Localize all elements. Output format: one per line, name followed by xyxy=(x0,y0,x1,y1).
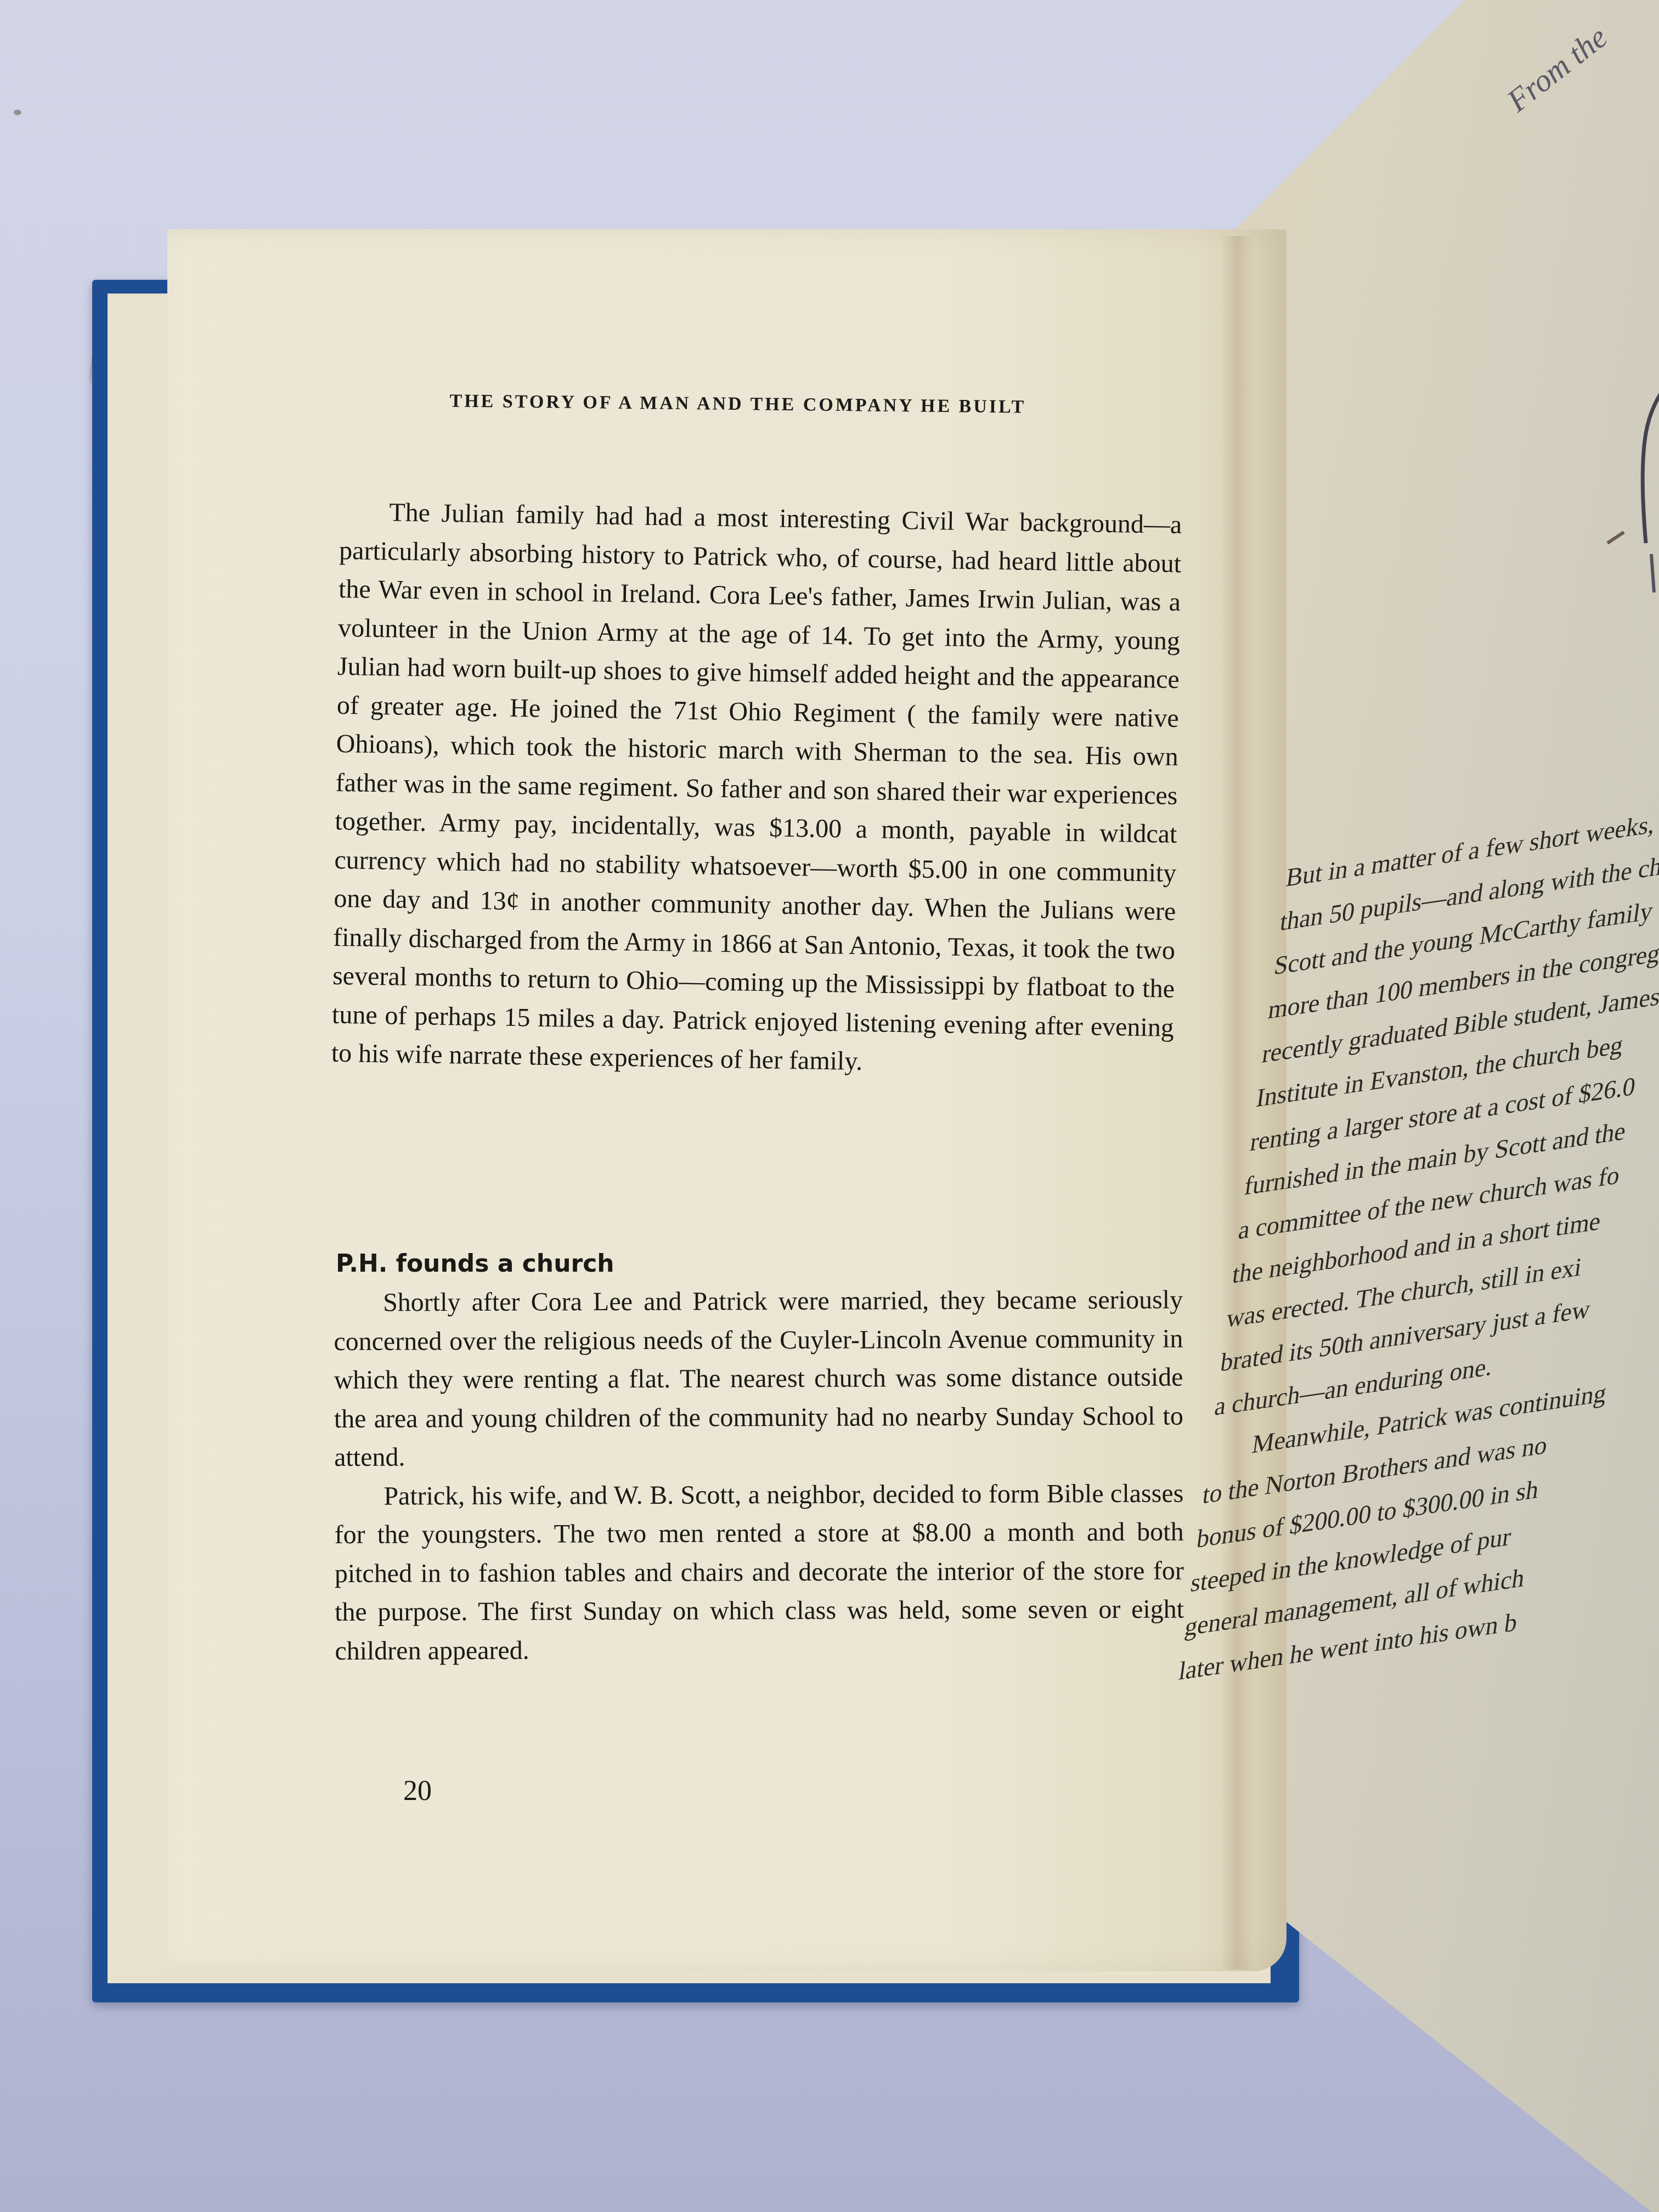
left-page xyxy=(167,229,1286,1971)
paragraph-text: Patrick, his wife, and W. B. Scott, a ne… xyxy=(334,1474,1184,1671)
paragraph-text: Shortly after Cora Lee and Patrick were … xyxy=(334,1281,1183,1477)
body-paragraphs-2: Shortly after Cora Lee and Patrick were … xyxy=(334,1281,1184,1671)
background-speck xyxy=(14,110,21,115)
paragraph-text: The Julian family had had a most interes… xyxy=(331,493,1182,1086)
section-heading: P.H. founds a church xyxy=(336,1250,614,1278)
book-gutter xyxy=(1221,236,1254,1970)
pencil-sketch-illustration xyxy=(1591,126,1659,592)
photo-scene: THE STORY OF A MAN AND THE COMPANY HE BU… xyxy=(0,0,1659,2212)
body-paragraph-1: The Julian family had had a most interes… xyxy=(331,493,1182,1086)
page-number: 20 xyxy=(403,1775,432,1807)
